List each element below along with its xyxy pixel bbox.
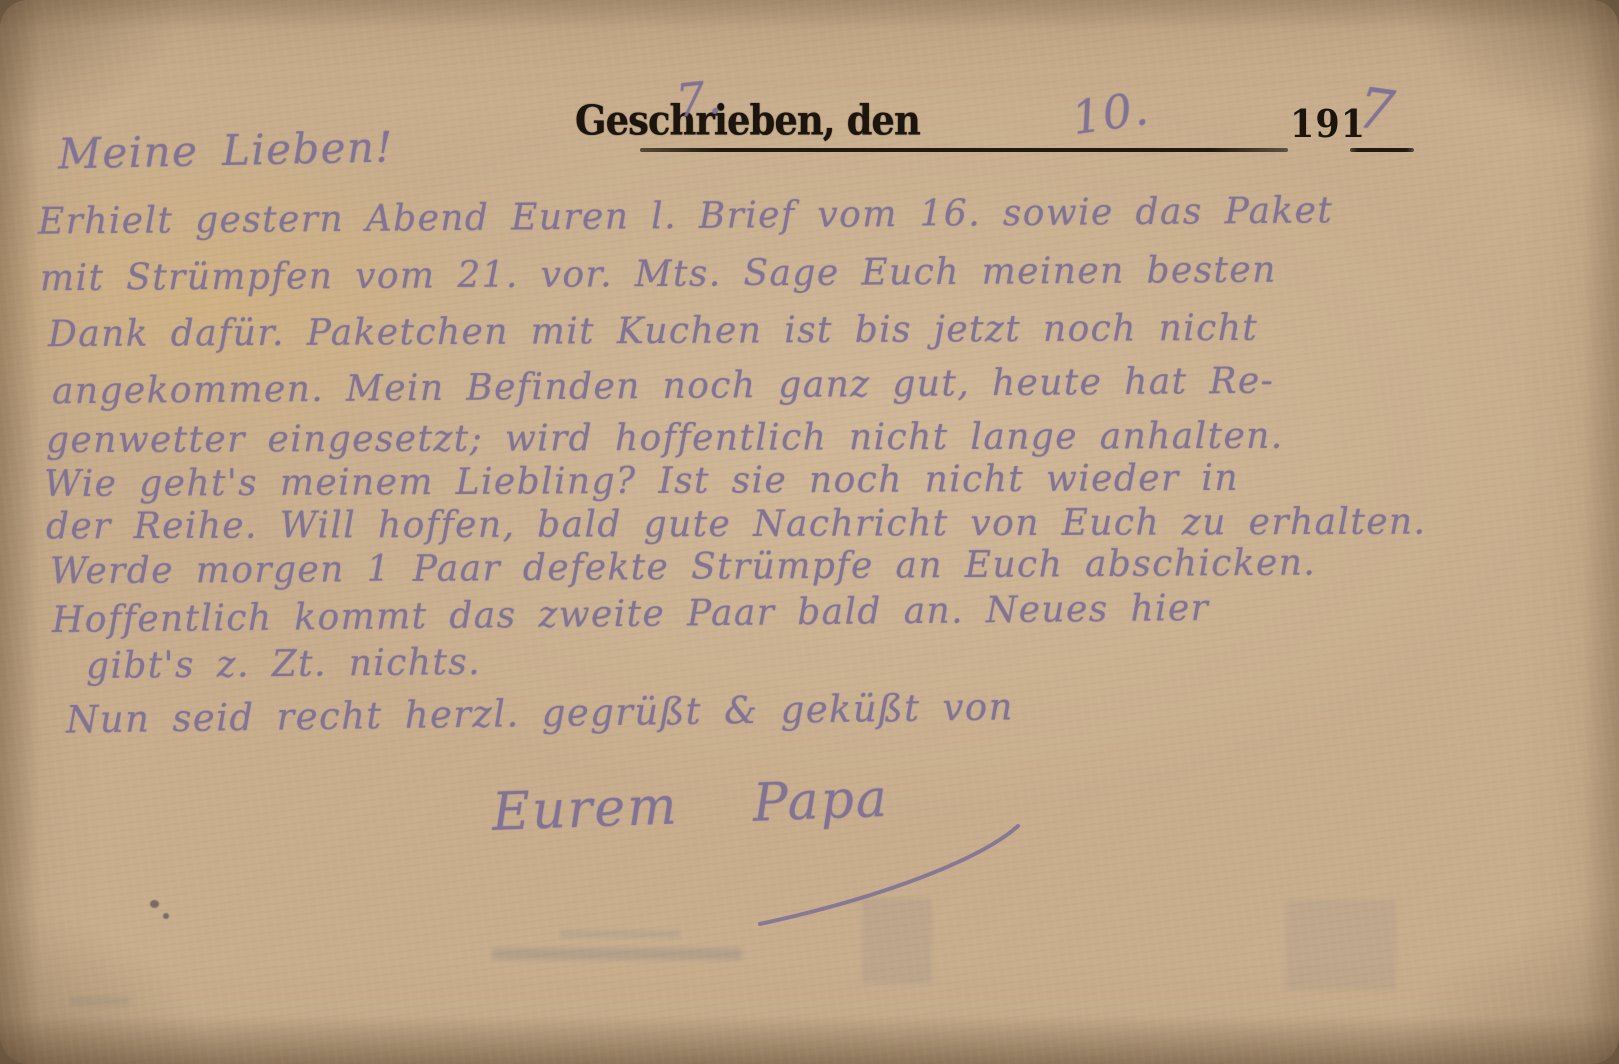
closing-line: Nun seid recht herzl. gegrüßt & geküßt v… — [66, 685, 1014, 741]
date-rule-short — [1350, 148, 1414, 152]
handwriting-line: Hoffentlich kommt das zweite Paar bald a… — [52, 588, 1210, 641]
ghost-print — [492, 948, 742, 960]
handwriting-line: Werde morgen 1 Paar defekte Strümpfe an … — [50, 543, 1316, 593]
signature: Eurem Papa — [491, 769, 890, 843]
ghost-print — [70, 996, 130, 1006]
ink-speck — [150, 900, 159, 908]
ghost-print — [560, 930, 680, 938]
handwriting-line: der Reihe. Will hoffen, bald gute Nachri… — [46, 502, 1426, 548]
ghost-print — [862, 898, 932, 984]
handwriting-line: angekommen. Mein Befinden noch ganz gut,… — [52, 361, 1274, 413]
handwritten-month: 10. — [1069, 81, 1153, 145]
ghost-print — [1286, 900, 1396, 990]
handwriting-line: mit Strümpfen vom 21. vor. Mts. Sage Euc… — [40, 250, 1277, 300]
handwriting-line: Dank dafür. Paketchen mit Kuchen ist bis… — [48, 308, 1258, 355]
handwriting-line: Wie geht's meinem Liebling? Ist sie noch… — [44, 458, 1239, 505]
handwritten-year-digit: 7 — [1354, 76, 1400, 146]
handwritten-day: 7. — [673, 70, 725, 129]
ink-speck — [163, 913, 169, 919]
handwriting-line: genwetter eingesetzt; wird hoffentlich n… — [46, 416, 1284, 461]
printed-dateline-label: Geschrieben, den — [575, 95, 920, 144]
handwriting-line: gibt's z. Zt. nichts. — [86, 642, 481, 687]
handwriting-line: Erhielt gestern Abend Euren l. Brief vom… — [38, 190, 1334, 242]
salutation: Meine Lieben! — [58, 122, 395, 178]
date-rule-long — [640, 148, 1288, 152]
postcard-sheet: Geschrieben, den 191 7. 10. 7 Meine Lieb… — [0, 0, 1619, 1064]
